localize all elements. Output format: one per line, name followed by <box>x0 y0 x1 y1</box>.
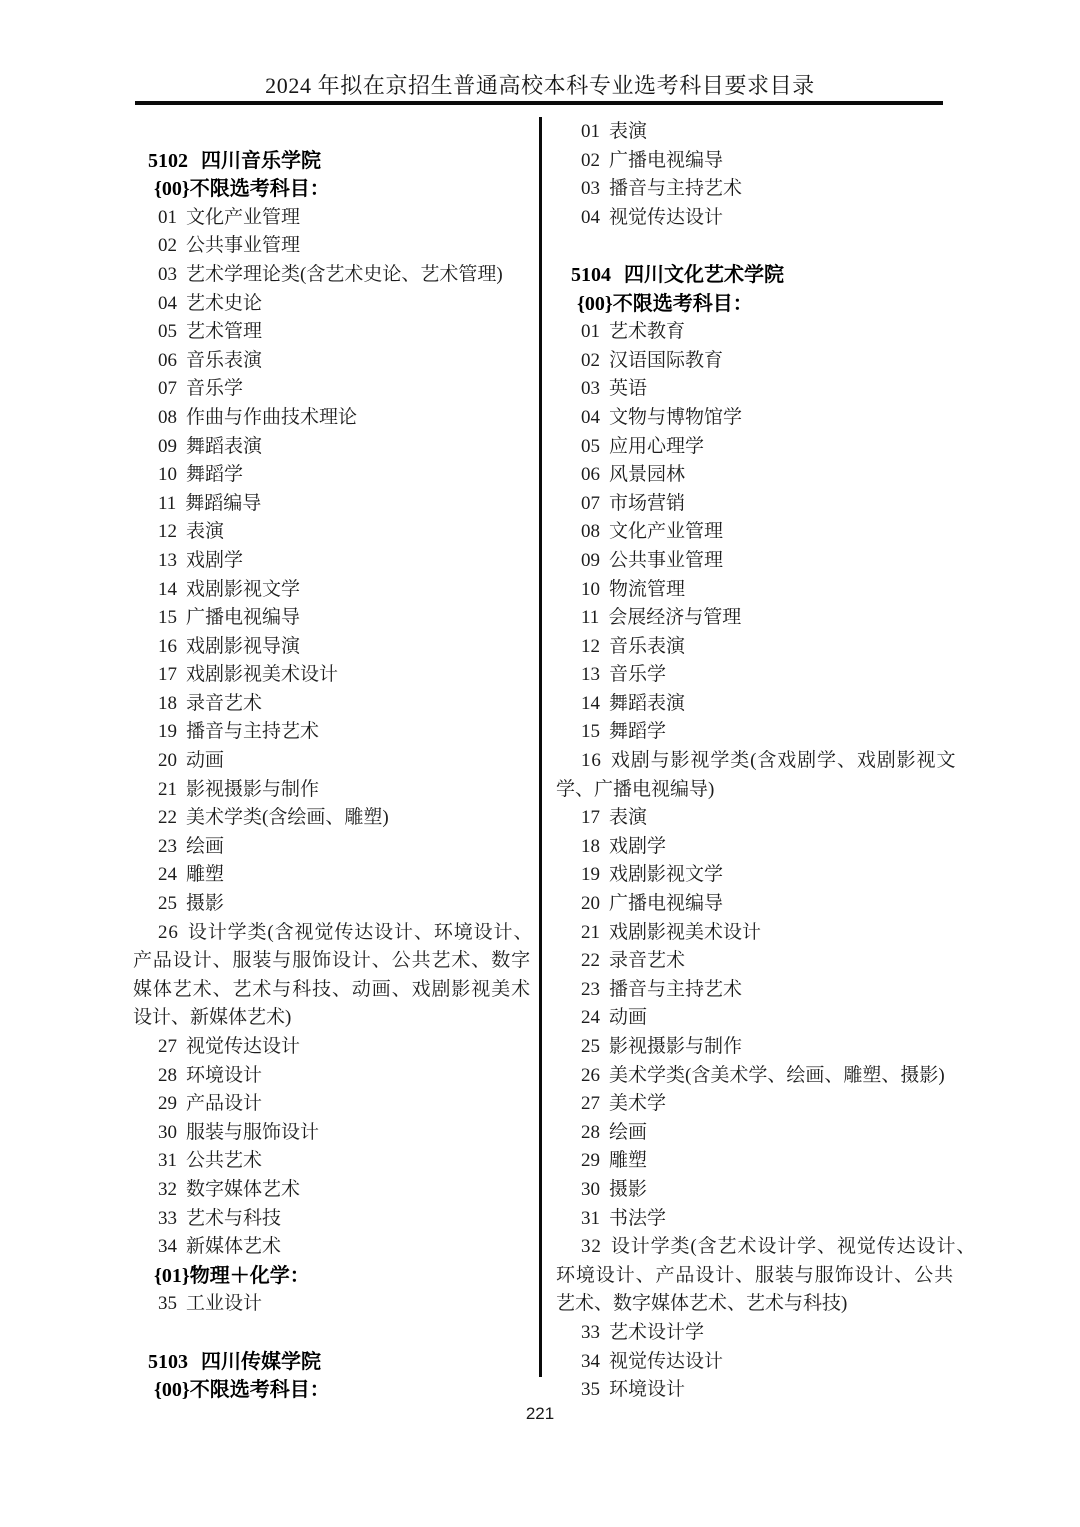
major-item: 05应用心理学 <box>556 433 944 462</box>
major-name: 美术学类(含绘画、雕塑) <box>186 807 389 828</box>
major-name: 动画 <box>609 1007 647 1028</box>
major-code: 02 <box>158 235 177 256</box>
major-item: 25影视摄影与制作 <box>556 1033 944 1062</box>
major-name: 摄影 <box>186 893 224 914</box>
major-name: 摄影 <box>609 1179 647 1200</box>
major-name: 舞蹈表演 <box>609 693 685 714</box>
major-code: 26 <box>158 922 179 943</box>
major-item: 24雕塑 <box>133 861 521 890</box>
major-item: 20广播电视编导 <box>556 890 944 919</box>
major-name: 书法学 <box>609 1208 666 1229</box>
major-name: 音乐学 <box>609 664 666 685</box>
major-name: 环境设计 <box>609 1379 685 1400</box>
major-name: 风景园林 <box>609 464 685 485</box>
major-item: 09公共事业管理 <box>556 547 944 576</box>
major-name: 汉语国际教育 <box>609 350 723 371</box>
column-left: 5102四川音乐学院{00}不限选考科目：01文化产业管理02公共事业管理03艺… <box>133 118 521 1405</box>
major-name: 文物与博物馆学 <box>609 407 742 428</box>
major-name: 表演 <box>186 521 224 542</box>
major-name: 艺术管理 <box>186 321 262 342</box>
major-item: 27美术学 <box>556 1090 944 1119</box>
major-name: 音乐表演 <box>609 636 685 657</box>
college-code: 5102 <box>148 150 188 172</box>
major-code: 24 <box>581 1007 600 1028</box>
major-name: 广播电视编导 <box>609 150 723 171</box>
major-item: 28环境设计 <box>133 1062 521 1091</box>
major-item: 13戏剧学 <box>133 547 521 576</box>
major-item: 01艺术教育 <box>556 318 944 347</box>
major-item: 29产品设计 <box>133 1090 521 1119</box>
major-name: 美术学 <box>609 1093 666 1114</box>
major-name: 广播电视编导 <box>609 893 723 914</box>
major-item: 18戏剧学 <box>556 833 944 862</box>
major-item: 01表演 <box>556 118 944 147</box>
major-item: 15广播电视编导 <box>133 604 521 633</box>
major-item: 33艺术设计学 <box>556 1319 944 1348</box>
major-item: 27视觉传达设计 <box>133 1033 521 1062</box>
major-code: 26 <box>581 1065 600 1086</box>
major-code: 32 <box>158 1179 177 1200</box>
major-name: 影视摄影与制作 <box>609 1036 742 1057</box>
major-item: 35环境设计 <box>556 1376 944 1405</box>
major-code: 19 <box>158 721 177 742</box>
major-item: 04视觉传达设计 <box>556 204 944 233</box>
major-item: 30摄影 <box>556 1176 944 1205</box>
major-item: 07市场营销 <box>556 490 944 519</box>
major-code: 27 <box>158 1036 177 1057</box>
major-code: 03 <box>581 178 600 199</box>
major-item: 17表演 <box>556 804 944 833</box>
major-code: 02 <box>581 150 600 171</box>
major-name: 工业设计 <box>186 1293 262 1314</box>
major-code: 08 <box>581 521 600 542</box>
major-code: 01 <box>581 321 600 342</box>
major-name: 音乐学 <box>186 378 243 399</box>
major-item-continuation: 产品设计、服装与服饰设计、公共艺术、数字 <box>133 947 521 976</box>
major-name: 舞蹈编导 <box>185 493 261 514</box>
major-code: 02 <box>581 350 600 371</box>
major-name: 戏剧影视导演 <box>186 636 300 657</box>
major-code: 28 <box>158 1065 177 1086</box>
major-code: 12 <box>158 521 177 542</box>
major-name: 戏剧学 <box>609 836 666 857</box>
major-item: 31书法学 <box>556 1205 944 1234</box>
major-item: 26设计学类(含视觉传达设计、环境设计、 <box>133 919 521 948</box>
major-name: 服装与服饰设计 <box>186 1122 319 1143</box>
major-name: 环境设计 <box>186 1065 262 1086</box>
major-name: 英语 <box>609 378 647 399</box>
major-code: 13 <box>581 664 600 685</box>
major-code: 06 <box>581 464 600 485</box>
major-code: 28 <box>581 1122 600 1143</box>
major-code: 06 <box>158 350 177 371</box>
major-item: 33艺术与科技 <box>133 1205 521 1234</box>
major-code: 21 <box>581 922 600 943</box>
major-item: 11会展经济与管理 <box>556 604 944 633</box>
major-name: 播音与主持艺术 <box>609 979 742 1000</box>
major-code: 15 <box>158 607 177 628</box>
major-code: 29 <box>158 1093 177 1114</box>
major-code: 05 <box>158 321 177 342</box>
subject-requirement-header: {00}不限选考科目： <box>133 175 521 204</box>
major-name: 文化产业管理 <box>609 521 723 542</box>
major-name: 播音与主持艺术 <box>609 178 742 199</box>
major-code: 23 <box>581 979 600 1000</box>
major-code: 10 <box>581 579 600 600</box>
major-code: 24 <box>158 864 177 885</box>
major-code: 21 <box>158 779 177 800</box>
major-item: 34视觉传达设计 <box>556 1348 944 1377</box>
major-name: 录音艺术 <box>186 693 262 714</box>
college-name: 四川音乐学院 <box>201 150 321 172</box>
major-code: 04 <box>581 207 600 228</box>
major-item: 22录音艺术 <box>556 947 944 976</box>
blank-line <box>556 232 944 261</box>
major-code: 14 <box>581 693 600 714</box>
major-name: 会展经济与管理 <box>608 607 741 628</box>
major-code: 31 <box>581 1208 600 1229</box>
major-name: 视觉传达设计 <box>609 207 723 228</box>
major-item: 19播音与主持艺术 <box>133 718 521 747</box>
major-name: 雕塑 <box>609 1150 647 1171</box>
major-item: 09舞蹈表演 <box>133 433 521 462</box>
college-name: 四川传媒学院 <box>201 1351 321 1373</box>
major-item: 03播音与主持艺术 <box>556 175 944 204</box>
major-item: 30服装与服饰设计 <box>133 1119 521 1148</box>
major-item: 08文化产业管理 <box>556 518 944 547</box>
major-name: 艺术与科技 <box>186 1208 281 1229</box>
major-item-continuation: 环境设计、产品设计、服装与服饰设计、公共 <box>556 1262 944 1291</box>
major-code: 27 <box>581 1093 600 1114</box>
major-code: 04 <box>581 407 600 428</box>
major-code: 30 <box>158 1122 177 1143</box>
major-item: 13音乐学 <box>556 661 944 690</box>
major-name: 播音与主持艺术 <box>186 721 319 742</box>
document-page: 2024 年拟在京招生普通高校本科专业选考科目要求目录 5102四川音乐学院{0… <box>0 0 1080 1527</box>
major-code: 32 <box>581 1236 602 1257</box>
major-name: 公共艺术 <box>186 1150 262 1171</box>
major-item: 12音乐表演 <box>556 633 944 662</box>
major-item: 34新媒体艺术 <box>133 1233 521 1262</box>
major-name: 表演 <box>609 807 647 828</box>
major-code: 22 <box>581 950 600 971</box>
major-code: 07 <box>581 493 600 514</box>
major-name: 戏剧与影视学类(含戏剧学、戏剧影视文 <box>611 750 957 771</box>
major-name: 戏剧学 <box>186 550 243 571</box>
major-item: 21影视摄影与制作 <box>133 776 521 805</box>
major-item: 04艺术史论 <box>133 290 521 319</box>
major-name: 广播电视编导 <box>186 607 300 628</box>
college-header: 5102四川音乐学院 <box>133 147 521 176</box>
major-item: 24动画 <box>556 1004 944 1033</box>
major-item: 02公共事业管理 <box>133 232 521 261</box>
major-item: 19戏剧影视文学 <box>556 861 944 890</box>
major-code: 22 <box>158 807 177 828</box>
major-item: 14舞蹈表演 <box>556 690 944 719</box>
major-item: 16戏剧与影视学类(含戏剧学、戏剧影视文 <box>556 747 944 776</box>
major-code: 23 <box>158 836 177 857</box>
major-code: 11 <box>581 607 599 628</box>
major-name: 美术学类(含美术学、绘画、雕塑、摄影) <box>609 1065 945 1086</box>
major-item: 21戏剧影视美术设计 <box>556 919 944 948</box>
major-name: 录音艺术 <box>609 950 685 971</box>
major-code: 03 <box>581 378 600 399</box>
major-code: 01 <box>158 207 177 228</box>
major-name: 设计学类(含艺术设计学、视觉传达设计、 <box>611 1236 976 1257</box>
major-item: 26美术学类(含美术学、绘画、雕塑、摄影) <box>556 1062 944 1091</box>
major-name: 设计学类(含视觉传达设计、环境设计、 <box>188 922 534 943</box>
major-name: 产品设计 <box>186 1093 262 1114</box>
major-code: 33 <box>581 1322 600 1343</box>
major-item: 02汉语国际教育 <box>556 347 944 376</box>
major-code: 09 <box>158 436 177 457</box>
major-item: 08作曲与作曲技术理论 <box>133 404 521 433</box>
major-code: 19 <box>581 864 600 885</box>
major-name: 戏剧影视美术设计 <box>609 922 761 943</box>
major-name: 雕塑 <box>186 864 224 885</box>
major-code: 16 <box>158 636 177 657</box>
header-rule <box>135 101 943 105</box>
major-name: 公共事业管理 <box>186 235 300 256</box>
major-item: 03英语 <box>556 375 944 404</box>
major-name: 表演 <box>609 121 647 142</box>
major-item: 32数字媒体艺术 <box>133 1176 521 1205</box>
major-code: 03 <box>158 264 177 285</box>
major-code: 20 <box>158 750 177 771</box>
major-name: 戏剧影视美术设计 <box>186 664 338 685</box>
subject-requirement-header: {00}不限选考科目： <box>133 1376 521 1405</box>
major-item: 32设计学类(含艺术设计学、视觉传达设计、 <box>556 1233 944 1262</box>
major-name: 视觉传达设计 <box>609 1351 723 1372</box>
major-code: 10 <box>158 464 177 485</box>
major-name: 公共事业管理 <box>609 550 723 571</box>
blank-line <box>133 1319 521 1348</box>
major-item: 17戏剧影视美术设计 <box>133 661 521 690</box>
major-item: 35工业设计 <box>133 1290 521 1319</box>
major-item-continuation: 设计、新媒体艺术) <box>133 1004 521 1033</box>
major-code: 13 <box>158 550 177 571</box>
page-number: 221 <box>0 1404 1080 1424</box>
major-item: 14戏剧影视文学 <box>133 576 521 605</box>
major-name: 视觉传达设计 <box>186 1036 300 1057</box>
major-code: 16 <box>581 750 602 771</box>
major-code: 34 <box>158 1236 177 1257</box>
major-name: 文化产业管理 <box>186 207 300 228</box>
major-code: 09 <box>581 550 600 571</box>
major-item: 06风景园林 <box>556 461 944 490</box>
major-code: 31 <box>158 1150 177 1171</box>
major-item: 31公共艺术 <box>133 1147 521 1176</box>
major-name: 舞蹈学 <box>186 464 243 485</box>
page-title: 2024 年拟在京招生普通高校本科专业选考科目要求目录 <box>0 69 1080 100</box>
major-name: 艺术史论 <box>186 293 262 314</box>
major-name: 新媒体艺术 <box>186 1236 281 1257</box>
major-item-continuation: 艺术、数字媒体艺术、艺术与科技) <box>556 1290 944 1319</box>
major-name: 物流管理 <box>609 579 685 600</box>
major-code: 35 <box>158 1293 177 1314</box>
major-item: 22美术学类(含绘画、雕塑) <box>133 804 521 833</box>
major-item: 20动画 <box>133 747 521 776</box>
column-right: 01表演02广播电视编导03播音与主持艺术04视觉传达设计5104四川文化艺术学… <box>556 118 944 1405</box>
major-item: 03艺术学理论类(含艺术史论、艺术管理) <box>133 261 521 290</box>
major-name: 绘画 <box>609 1122 647 1143</box>
major-name: 市场营销 <box>609 493 685 514</box>
major-name: 应用心理学 <box>609 436 704 457</box>
major-name: 戏剧影视文学 <box>186 579 300 600</box>
subject-requirement-header: {01}物理＋化学： <box>133 1262 521 1291</box>
major-code: 18 <box>158 693 177 714</box>
major-name: 数字媒体艺术 <box>186 1179 300 1200</box>
major-item: 28绘画 <box>556 1119 944 1148</box>
major-item: 15舞蹈学 <box>556 718 944 747</box>
major-item: 23播音与主持艺术 <box>556 976 944 1005</box>
major-item-continuation: 媒体艺术、艺术与科技、动画、戏剧影视美术 <box>133 976 521 1005</box>
major-name: 动画 <box>186 750 224 771</box>
major-name: 影视摄影与制作 <box>186 779 319 800</box>
major-item: 07音乐学 <box>133 375 521 404</box>
blank-line <box>133 118 521 147</box>
major-item: 23绘画 <box>133 833 521 862</box>
major-name: 艺术设计学 <box>609 1322 704 1343</box>
major-code: 17 <box>581 807 600 828</box>
major-code: 30 <box>581 1179 600 1200</box>
major-item: 16戏剧影视导演 <box>133 633 521 662</box>
major-name: 戏剧影视文学 <box>609 864 723 885</box>
major-item: 04文物与博物馆学 <box>556 404 944 433</box>
major-code: 25 <box>581 1036 600 1057</box>
major-code: 25 <box>158 893 177 914</box>
major-code: 17 <box>158 664 177 685</box>
college-header: 5104四川文化艺术学院 <box>556 261 944 290</box>
major-item: 01文化产业管理 <box>133 204 521 233</box>
subject-requirement-header: {00}不限选考科目： <box>556 290 944 319</box>
major-name: 艺术学理论类(含艺术史论、艺术管理) <box>186 264 503 285</box>
major-name: 作曲与作曲技术理论 <box>186 407 357 428</box>
major-name: 舞蹈表演 <box>186 436 262 457</box>
major-item: 12表演 <box>133 518 521 547</box>
major-code: 05 <box>581 436 600 457</box>
major-code: 14 <box>158 579 177 600</box>
major-item: 06音乐表演 <box>133 347 521 376</box>
major-code: 04 <box>158 293 177 314</box>
college-name: 四川文化艺术学院 <box>624 264 784 286</box>
major-code: 01 <box>581 121 600 142</box>
column-divider <box>539 117 542 1377</box>
major-name: 艺术教育 <box>609 321 685 342</box>
major-item: 18录音艺术 <box>133 690 521 719</box>
major-name: 舞蹈学 <box>609 721 666 742</box>
major-code: 20 <box>581 893 600 914</box>
major-code: 29 <box>581 1150 600 1171</box>
major-code: 11 <box>158 493 176 514</box>
major-code: 34 <box>581 1351 600 1372</box>
college-header: 5103四川传媒学院 <box>133 1348 521 1377</box>
college-code: 5104 <box>571 264 611 286</box>
major-item: 10物流管理 <box>556 576 944 605</box>
major-item: 29雕塑 <box>556 1147 944 1176</box>
major-code: 15 <box>581 721 600 742</box>
major-name: 绘画 <box>186 836 224 857</box>
major-item: 11舞蹈编导 <box>133 490 521 519</box>
major-code: 07 <box>158 378 177 399</box>
major-name: 音乐表演 <box>186 350 262 371</box>
major-item: 10舞蹈学 <box>133 461 521 490</box>
major-code: 08 <box>158 407 177 428</box>
major-item-continuation: 学、广播电视编导) <box>556 776 944 805</box>
major-item: 02广播电视编导 <box>556 147 944 176</box>
major-code: 18 <box>581 836 600 857</box>
college-code: 5103 <box>148 1351 188 1373</box>
major-item: 05艺术管理 <box>133 318 521 347</box>
major-code: 33 <box>158 1208 177 1229</box>
major-item: 25摄影 <box>133 890 521 919</box>
major-code: 35 <box>581 1379 600 1400</box>
major-code: 12 <box>581 636 600 657</box>
